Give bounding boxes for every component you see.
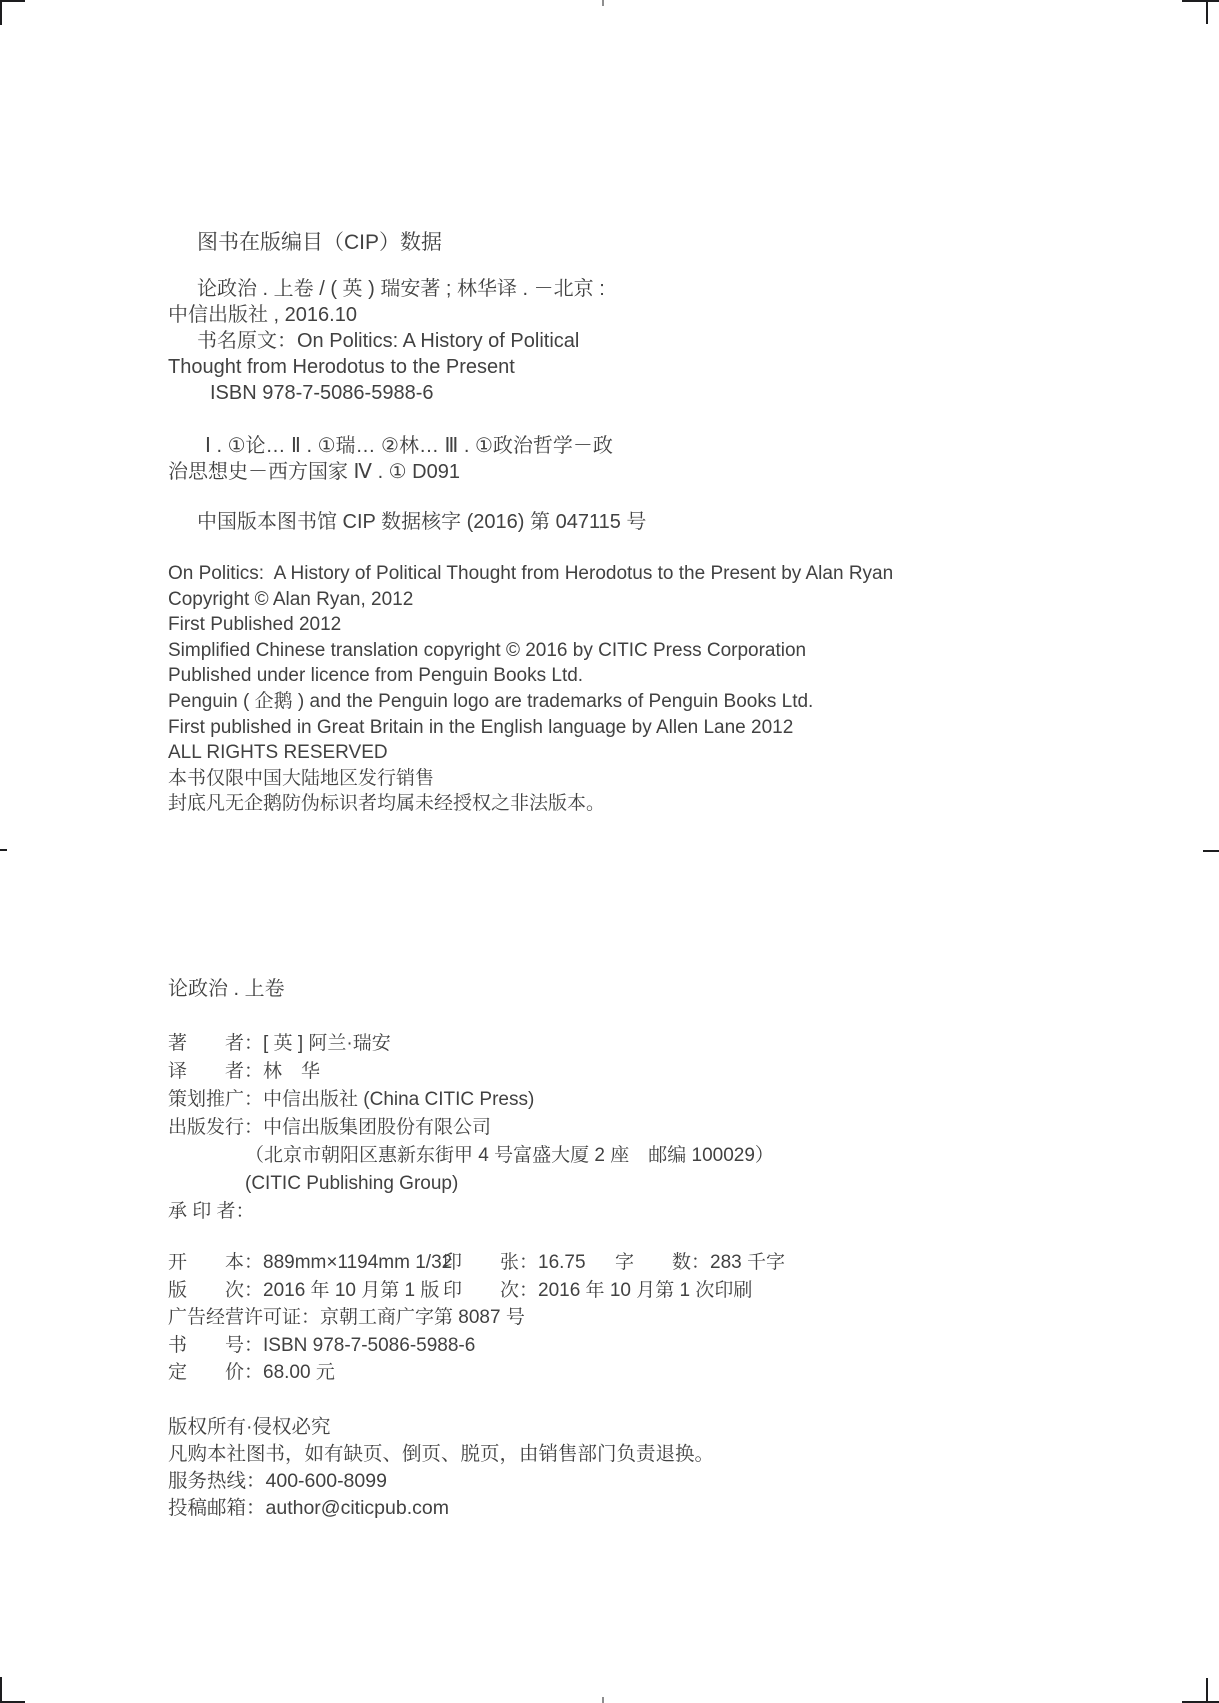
footer-section: 版权所有·侵权必究 凡购本社图书，如有缺页、倒页、脱页，由销售部门负责退换。 服…	[168, 1414, 714, 1522]
crop-mark-left-center-tick	[0, 849, 7, 851]
cip-original-title-line-1: 书名原文：On Politics: A History of Political	[168, 328, 605, 354]
penguin-trademark-line: Penguin ( 企鹅 ) and the Penguin logo are …	[168, 689, 893, 715]
isbn-row: 书 号：ISBN 978-7-5086-5988-6	[168, 1332, 785, 1360]
return-policy: 凡购本社图书，如有缺页、倒页、脱页，由销售部门负责退换。	[168, 1441, 714, 1468]
submission-email: 投稿邮箱：author@citicpub.com	[168, 1495, 714, 1522]
cip-publisher-line: 中信出版社 , 2016.10	[168, 302, 605, 328]
translator-row: 译 者：林 华	[168, 1058, 774, 1086]
printing-col: 印 次：2016 年 10 月第 1 次印刷	[443, 1277, 752, 1305]
publisher-row: 出版发行：中信出版集团股份有限公司	[168, 1114, 774, 1142]
format-size-col: 开 本：889mm×1194mm 1/32	[168, 1249, 443, 1277]
crop-mark-top-left-vertical	[0, 0, 2, 25]
printer-row: 承 印 者：	[168, 1198, 774, 1226]
anti-piracy-notice-line: 封底凡无企鹅防伪标识者均属未经授权之非法版本。	[168, 791, 893, 817]
cip-classification-line-2: 治思想史－西方国家 Ⅳ . ① D091	[168, 459, 613, 485]
book-title-section: 论政治 . 上卷	[168, 972, 285, 1001]
cip-heading-section: 图书在版编目（CIP）数据	[168, 230, 442, 256]
english-title-line: On Politics: A History of Political Thou…	[168, 561, 893, 587]
licence-line: Published under licence from Penguin Boo…	[168, 663, 893, 689]
format-row: 开 本：889mm×1194mm 1/32 印 张：16.75 字 数：283 …	[168, 1249, 785, 1277]
word-count-col: 字 数：283 千字	[615, 1249, 785, 1277]
translation-copyright-line: Simplified Chinese translation copyright…	[168, 638, 893, 664]
cip-record-section: 论政治 . 上卷 / ( 英 ) 瑞安著 ; 林华译 . －北京 : 中信出版社…	[168, 276, 605, 406]
edition-row: 版 次：2016 年 10 月第 1 版 印 次：2016 年 10 月第 1 …	[168, 1277, 785, 1305]
service-hotline: 服务热线：400-600-8099	[168, 1468, 714, 1495]
copyright-notice-line: Copyright © Alan Ryan, 2012	[168, 587, 893, 613]
copyright-page: 图书在版编目（CIP）数据 论政治 . 上卷 / ( 英 ) 瑞安著 ; 林华译…	[0, 0, 1219, 1703]
cip-original-title-line-2: Thought from Herodotus to the Present	[168, 354, 605, 380]
price-row: 定 价：68.00 元	[168, 1359, 785, 1387]
cip-classification-line-1: Ⅰ . ①论… Ⅱ . ①瑞… ②林… Ⅲ . ①政治哲学－政	[168, 433, 613, 459]
first-published-gb-line: First published in Great Britain in the …	[168, 715, 893, 741]
crop-mark-bottom-left-vertical	[0, 1677, 2, 1703]
book-title: 论政治 . 上卷	[168, 972, 285, 1001]
rights-statement: 版权所有·侵权必究	[168, 1414, 714, 1441]
author-row: 著 者：[ 英 ] 阿兰·瑞安	[168, 1030, 774, 1058]
cip-classification-section: Ⅰ . ①论… Ⅱ . ①瑞… ②林… Ⅲ . ①政治哲学－政 治思想史－西方国…	[168, 433, 613, 485]
ad-license-row: 广告经营许可证：京朝工商广字第 8087 号	[168, 1304, 785, 1332]
cip-title-statement-line: 论政治 . 上卷 / ( 英 ) 瑞安著 ; 林华译 . －北京 :	[168, 276, 605, 302]
publisher-address: （北京市朝阳区惠新东街甲 4 号富盛大厦 2 座 邮编 100029）	[168, 1142, 774, 1170]
cip-registry-section: 中国版本图书馆 CIP 数据核字 (2016) 第 047115 号	[168, 509, 646, 535]
cip-registry-number: 中国版本图书馆 CIP 数据核字 (2016) 第 047115 号	[168, 509, 646, 535]
crop-mark-top-right-horizontal	[1182, 0, 1219, 2]
crop-mark-top-right-vertical	[1206, 0, 1208, 24]
publication-section: 著 者：[ 英 ] 阿兰·瑞安 译 者：林 华 策划推广：中信出版社 (Chin…	[168, 1030, 774, 1226]
publisher-english-name: (CITIC Publishing Group)	[168, 1170, 774, 1198]
copyright-section: On Politics: A History of Political Thou…	[168, 561, 893, 817]
cip-isbn-line: ISBN 978-7-5086-5988-6	[168, 380, 605, 406]
first-published-line: First Published 2012	[168, 612, 893, 638]
crop-mark-top-center-tick	[602, 0, 604, 6]
crop-mark-bottom-center-tick	[602, 1697, 604, 1703]
edition-col: 版 次：2016 年 10 月第 1 版	[168, 1277, 443, 1305]
crop-mark-top-left-horizontal	[0, 0, 25, 2]
cip-title: 图书在版编目（CIP）数据	[168, 230, 442, 256]
crop-mark-bottom-right-vertical	[1206, 1678, 1208, 1703]
distribution-restriction-line: 本书仅限中国大陆地区发行销售	[168, 766, 893, 792]
print-sheets-col: 印 张：16.75	[443, 1249, 615, 1277]
all-rights-reserved-line: ALL RIGHTS RESERVED	[168, 740, 893, 766]
planning-promotion-row: 策划推广：中信出版社 (China CITIC Press)	[168, 1086, 774, 1114]
crop-mark-right-center-tick	[1203, 850, 1219, 852]
print-specs-section: 开 本：889mm×1194mm 1/32 印 张：16.75 字 数：283 …	[168, 1249, 785, 1387]
